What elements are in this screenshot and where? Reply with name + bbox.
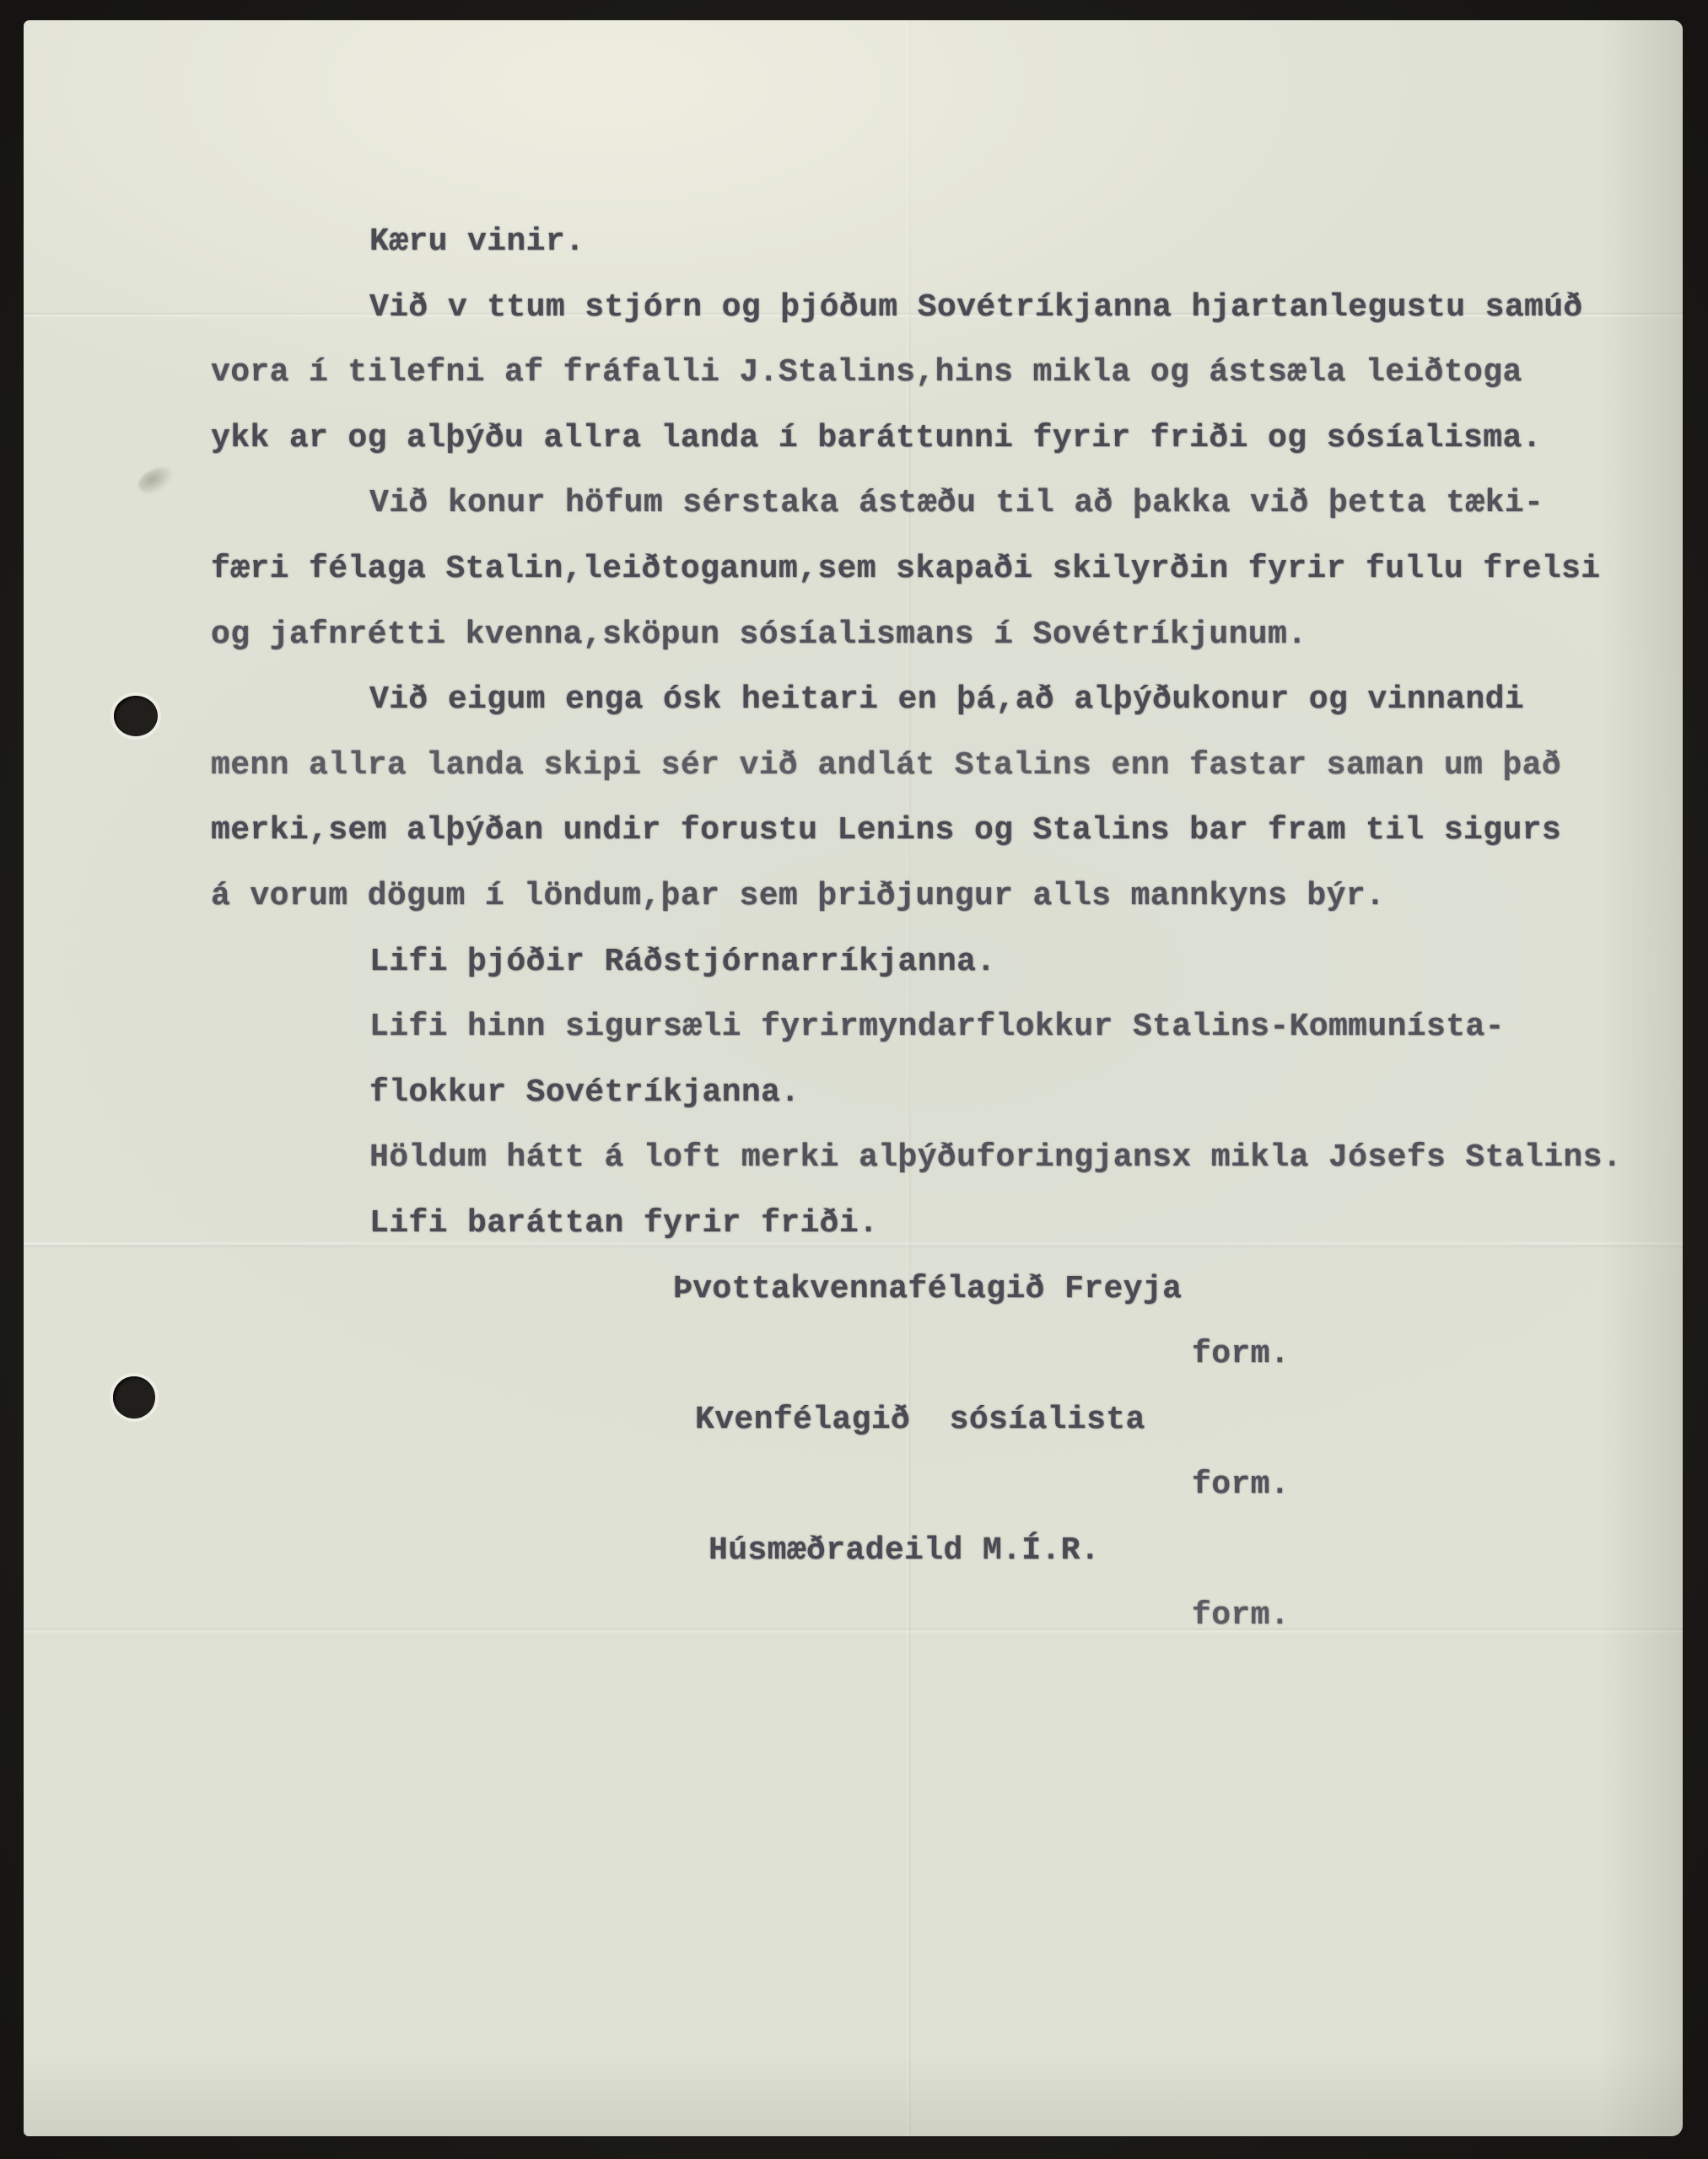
punch-hole-top (114, 696, 158, 736)
punch-hole-bottom (113, 1376, 155, 1419)
signature-form: form. (211, 1583, 1662, 1649)
paper-smudge (134, 461, 177, 498)
letter-text: Kæru vinir. Við v ttum stjórn og þjóðum … (211, 209, 1662, 1649)
body-line: vora í tilefni af fráfalli J.Stalins,hin… (211, 340, 1662, 406)
slogan-line: Höldum hátt á loft merki alþýðuforingjan… (211, 1125, 1662, 1191)
signature-org: Húsmæðradeild M.Í.R. (211, 1518, 1662, 1584)
letter-page: Kæru vinir. Við v ttum stjórn og þjóðum … (24, 20, 1683, 2136)
body-line: færi félaga Stalin,leiðtoganum,sem skapa… (211, 536, 1662, 602)
body-line: merki,sem alþýðan undir forustu Lenins o… (211, 798, 1662, 864)
body-line: og jafnrétti kvenna,sköpun sósíalismans … (211, 602, 1662, 668)
signature-form: form. (211, 1322, 1662, 1387)
body-line: Við v ttum stjórn og þjóðum Sovétríkjann… (211, 275, 1662, 341)
body-line: Við eigum enga ósk heitari en þá,að alþý… (211, 667, 1662, 733)
signature-form: form. (211, 1452, 1662, 1518)
body-line: menn allra landa skipi sér við andlát St… (211, 733, 1662, 799)
slogan-line: Lifi þjóðir Ráðstjórnarríkjanna. (211, 929, 1662, 995)
slogan-line: flokkur Sovétríkjanna. (211, 1060, 1662, 1126)
signature-org: Kvenfélagið sósíalista (211, 1387, 1662, 1453)
slogan-line: Lifi baráttan fyrir friði. (211, 1191, 1662, 1257)
slogan-line: Lifi hinn sigursæli fyrirmyndarflokkur S… (211, 994, 1662, 1060)
body-line: ykk ar og alþýðu allra landa í baráttunn… (211, 406, 1662, 471)
body-line: á vorum dögum í löndum,þar sem þriðjungu… (211, 864, 1662, 929)
body-line: Við konur höfum sérstaka ástæðu til að þ… (211, 471, 1662, 536)
salutation-line: Kæru vinir. (211, 209, 1662, 275)
signature-org: Þvottakvennafélagið Freyja (211, 1257, 1662, 1322)
